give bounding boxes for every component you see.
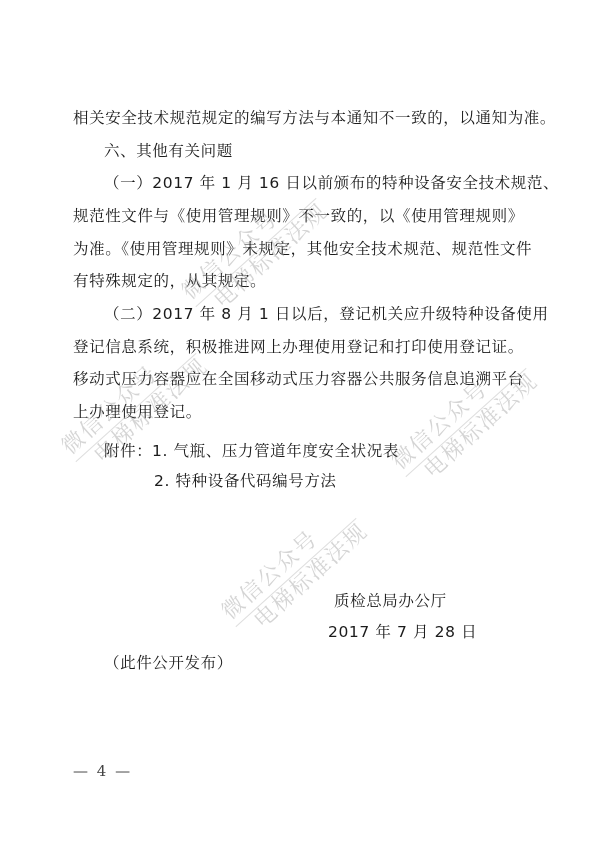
- issuer-name: 质检总局办公厅: [334, 591, 447, 611]
- page-number: — 4 —: [73, 762, 132, 780]
- document-page: 相关安全技术规范规定的编写方法与本通知不一致的，以通知为准。 六、其他有关问题 …: [0, 0, 600, 848]
- body-line-9: 移动式压力容器应在全国移动式压力容器公共服务信息追溯平台: [73, 369, 543, 389]
- attachments-label: 附件：: [104, 441, 152, 461]
- body-line-5: 为准。《使用管理规则》未规定，其他安全技术规范、规范性文件: [73, 239, 543, 259]
- section-heading: 六、其他有关问题: [104, 141, 233, 161]
- body-line-3: （一）2017 年 1 月 16 日以前颁布的特种设备安全技术规范、: [104, 173, 544, 193]
- attachment-item-1: 1. 气瓶、压力管道年度安全状况表: [152, 441, 399, 461]
- attachment-item-2: 2. 特种设备代码编号方法: [154, 471, 337, 491]
- body-line-8: 登记信息系统，积极推进网上办理使用登记和打印使用登记证。: [73, 337, 543, 357]
- body-line-1: 相关安全技术规范规定的编写方法与本通知不一致的，以通知为准。: [73, 108, 543, 128]
- issue-date: 2017 年 7 月 28 日: [328, 622, 477, 642]
- body-line-6: 有特殊规定的，从其规定。: [73, 271, 266, 291]
- body-line-4: 规范性文件与《使用管理规则》不一致的，以《使用管理规则》: [73, 206, 543, 226]
- body-line-7: （二）2017 年 8 月 1 日以后，登记机关应升级特种设备使用: [104, 304, 544, 324]
- body-line-10: 上办理使用登记。: [73, 402, 202, 422]
- watermark-line-1: 微信公众号: [387, 348, 526, 477]
- publication-note: （此件公开发布）: [104, 653, 233, 673]
